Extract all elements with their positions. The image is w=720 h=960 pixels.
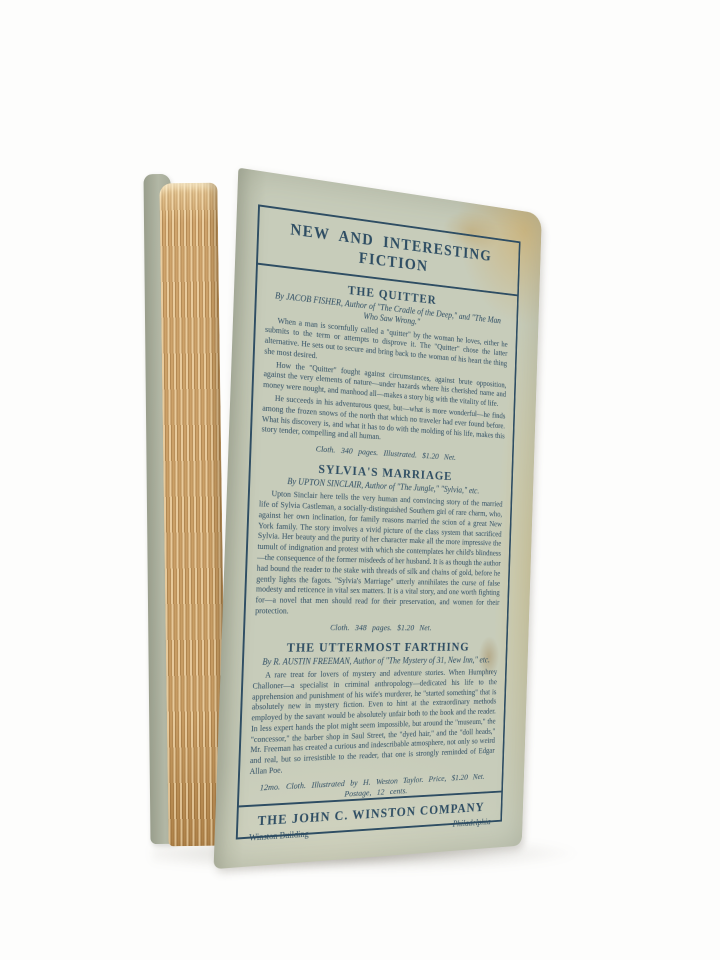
section-sylvias-marriage: SYLVIA'S MARRIAGE By UPTON SINCLAIR, Aut… — [245, 451, 512, 633]
price-line: Cloth. 348 pages. $1.20 Net. — [245, 622, 507, 632]
ad-border-box: NEW AND INTERESTING FICTION THE QUITTER … — [236, 204, 521, 839]
photo-stage: NEW AND INTERESTING FICTION THE QUITTER … — [0, 0, 720, 960]
section-uttermost-farthing: THE UTTERMOST FARTHING By R. AUSTIN FREE… — [239, 633, 506, 805]
section-the-quitter: THE QUITTER By JACOB FISHER, Author of "… — [251, 265, 517, 467]
book-title: THE UTTERMOST FARTHING — [244, 639, 506, 655]
blurb-paragraph: Upton Sinclair here tells the very human… — [255, 489, 503, 618]
publisher-city: Philadelphia — [453, 817, 491, 829]
blurb-paragraph: A rare treat for lovers of mystery and a… — [249, 668, 497, 778]
author-byline: By R. AUSTIN FREEMAN, Author of "The Mys… — [257, 655, 494, 668]
back-cover-jacket: NEW AND INTERESTING FICTION THE QUITTER … — [214, 168, 542, 870]
page-fore-edge — [159, 183, 226, 847]
